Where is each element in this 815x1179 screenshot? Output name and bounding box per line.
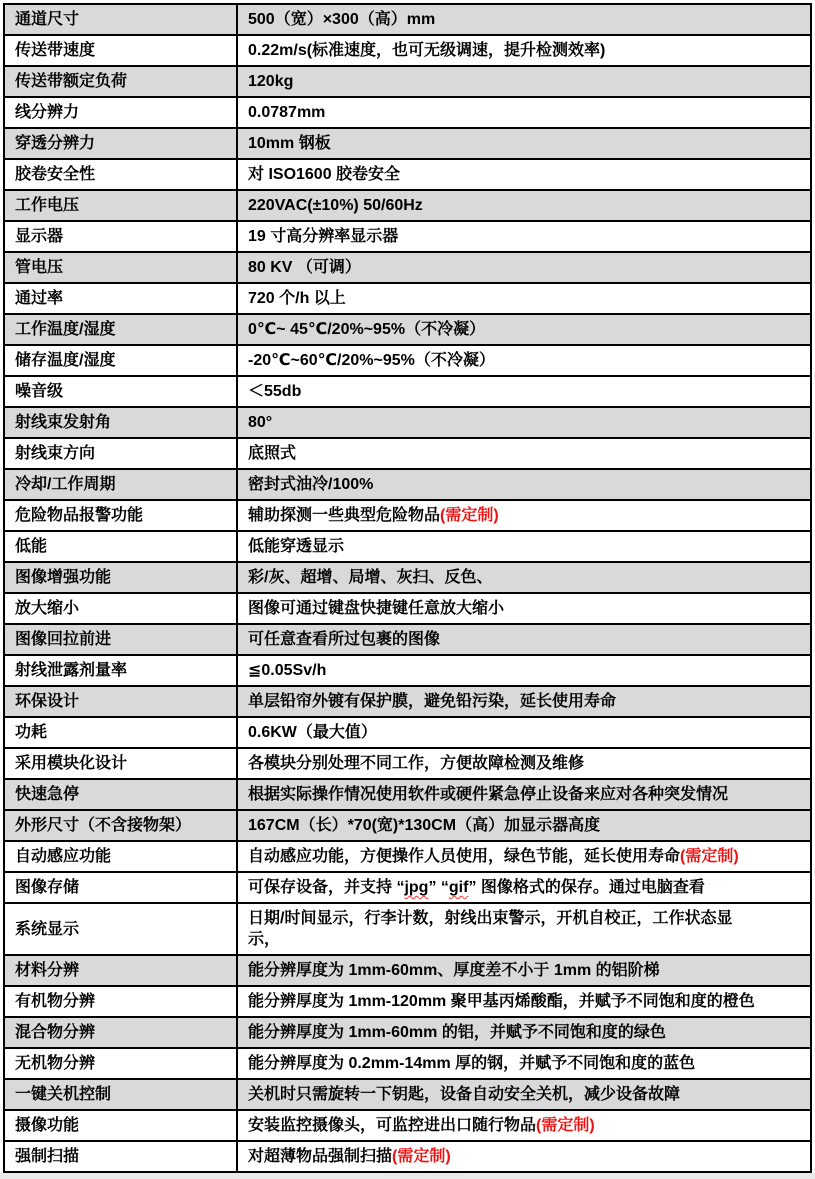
spec-row: 储存温度/湿度-20℃~60℃/20%~95%（不冷凝） <box>4 345 811 376</box>
spec-value: 图像可通过键盘快捷键任意放大缩小 <box>237 593 811 624</box>
spec-label: 图像增强功能 <box>4 562 237 593</box>
spec-value: 安装监控摄像头，可监控进出口随行物品(需定制) <box>237 1110 811 1141</box>
custom-required-note: (需定制) <box>680 848 739 865</box>
spec-label: 快速急停 <box>4 779 237 810</box>
custom-required-note: (需定制) <box>536 1117 595 1134</box>
spec-value-text: ≦0.05Sv/h <box>248 662 326 679</box>
spec-row: 强制扫描对超薄物品强制扫描(需定制) <box>4 1141 811 1172</box>
spec-label: 环保设计 <box>4 686 237 717</box>
spec-label: 管电压 <box>4 252 237 283</box>
spec-value-text: ” 图像格式的保存。通过电脑查看 <box>468 879 704 896</box>
spec-value-text: 单层铅帘外镀有保护膜，避免铅污染，延长使用寿命 <box>248 693 616 710</box>
spec-row: 通道尺寸500（宽）×300（高）mm <box>4 4 811 35</box>
spec-value-text: 日期/时间显示，行李计数，射线出束警示，开机自校正，工作状态显 示， <box>248 910 732 948</box>
spec-row: 图像回拉前进可任意查看所过包裹的图像 <box>4 624 811 655</box>
spec-value-text: 密封式油冷/100% <box>248 476 373 493</box>
spec-value-text: 167CM（长）*70(宽)*130CM（高）加显示器高度 <box>248 817 600 834</box>
spec-label: 通道尺寸 <box>4 4 237 35</box>
spec-value-text: 0.22m/s(标准速度，也可无级调速，提升检测效率) <box>248 42 605 59</box>
spec-label: 强制扫描 <box>4 1141 237 1172</box>
spec-label: 传送带速度 <box>4 35 237 66</box>
spec-label: 混合物分辨 <box>4 1017 237 1048</box>
spec-label: 显示器 <box>4 221 237 252</box>
spec-label: 线分辨力 <box>4 97 237 128</box>
spec-row: 系统显示日期/时间显示，行李计数，射线出束警示，开机自校正，工作状态显 示， <box>4 903 811 955</box>
spec-row: 环保设计单层铅帘外镀有保护膜，避免铅污染，延长使用寿命 <box>4 686 811 717</box>
misspelled-word: gif <box>449 879 469 896</box>
spec-row: 采用模块化设计各模块分别处理不同工作，方便故障检测及维修 <box>4 748 811 779</box>
spec-value-text: 能分辨厚度为 1mm-60mm 的铝，并赋予不同饱和度的绿色 <box>248 1024 666 1041</box>
spec-value-text: 辅助探测一些典型危险物品 <box>248 507 440 524</box>
spec-row: 低能低能穿透显示 <box>4 531 811 562</box>
spec-label: 工作电压 <box>4 190 237 221</box>
spec-value-text: 图像可通过键盘快捷键任意放大缩小 <box>248 600 504 617</box>
spec-label: 图像存储 <box>4 872 237 903</box>
spec-label: 一键关机控制 <box>4 1079 237 1110</box>
custom-required-note: (需定制) <box>440 507 499 524</box>
spec-value: 能分辨厚度为 1mm-60mm、厚度差不小于 1mm 的铝阶梯 <box>237 955 811 986</box>
spec-value-text: 220VAC(±10%) 50/60Hz <box>248 197 423 214</box>
spec-value-text: 能分辨厚度为 1mm-60mm、厚度差不小于 1mm 的铝阶梯 <box>248 962 660 979</box>
spec-value: 各模块分别处理不同工作，方便故障检测及维修 <box>237 748 811 779</box>
spec-row: 穿透分辨力10mm 钢板 <box>4 128 811 159</box>
spec-row: 工作电压220VAC(±10%) 50/60Hz <box>4 190 811 221</box>
spec-row: 摄像功能安装监控摄像头，可监控进出口随行物品(需定制) <box>4 1110 811 1141</box>
custom-required-note: (需定制) <box>392 1148 451 1165</box>
spec-value: 能分辨厚度为 1mm-120mm 聚甲基丙烯酸酯，并赋予不同饱和度的橙色 <box>237 986 811 1017</box>
spec-value: ≦0.05Sv/h <box>237 655 811 686</box>
spec-value-text: 关机时只需旋转一下钥匙，设备自动安全关机，减少设备故障 <box>248 1086 680 1103</box>
spec-row: 危险物品报警功能辅助探测一些典型危险物品(需定制) <box>4 500 811 531</box>
spec-value-text: 能分辨厚度为 0.2mm-14mm 厚的钢，并赋予不同饱和度的蓝色 <box>248 1055 695 1072</box>
spec-row: 一键关机控制关机时只需旋转一下钥匙，设备自动安全关机，减少设备故障 <box>4 1079 811 1110</box>
spec-value-text: 80° <box>248 414 272 431</box>
spec-value: 120kg <box>237 66 811 97</box>
spec-value: 80° <box>237 407 811 438</box>
spec-row: 传送带速度0.22m/s(标准速度，也可无级调速，提升检测效率) <box>4 35 811 66</box>
spec-value-text: ” “ <box>428 879 448 896</box>
spec-value-text: 自动感应功能，方便操作人员使用，绿色节能，延长使用寿命 <box>248 848 680 865</box>
spec-value: 日期/时间显示，行李计数，射线出束警示，开机自校正，工作状态显 示， <box>237 903 811 955</box>
spec-row: 工作温度/湿度0℃~ 45℃/20%~95%（不冷凝） <box>4 314 811 345</box>
spec-value-text: 120kg <box>248 73 293 90</box>
spec-label: 系统显示 <box>4 903 237 955</box>
spec-value: 能分辨厚度为 1mm-60mm 的铝，并赋予不同饱和度的绿色 <box>237 1017 811 1048</box>
spec-label: 图像回拉前进 <box>4 624 237 655</box>
misspelled-word: jpg <box>404 879 428 896</box>
spec-value-text: 彩/灰、超增、局增、灰扫、反色、 <box>248 569 492 586</box>
spec-value: 关机时只需旋转一下钥匙，设备自动安全关机，减少设备故障 <box>237 1079 811 1110</box>
spec-table-body: 通道尺寸500（宽）×300（高）mm传送带速度0.22m/s(标准速度，也可无… <box>4 4 811 1172</box>
spec-row: 传送带额定负荷120kg <box>4 66 811 97</box>
spec-value: 19 寸高分辨率显示器 <box>237 221 811 252</box>
spec-label: 有机物分辨 <box>4 986 237 1017</box>
spec-value-text: 低能穿透显示 <box>248 538 344 555</box>
spec-row: 射线泄露剂量率≦0.05Sv/h <box>4 655 811 686</box>
spec-value-text: 0℃~ 45℃/20%~95%（不冷凝） <box>248 321 485 338</box>
page-bottom-edge <box>0 1173 815 1179</box>
spec-row: 放大缩小图像可通过键盘快捷键任意放大缩小 <box>4 593 811 624</box>
spec-value: 对 ISO1600 胶卷安全 <box>237 159 811 190</box>
spec-label: 功耗 <box>4 717 237 748</box>
spec-value: 辅助探测一些典型危险物品(需定制) <box>237 500 811 531</box>
spec-row: 材料分辨能分辨厚度为 1mm-60mm、厚度差不小于 1mm 的铝阶梯 <box>4 955 811 986</box>
spec-label: 外形尺寸（不含接物架） <box>4 810 237 841</box>
spec-value-text: -20℃~60℃/20%~95%（不冷凝） <box>248 352 495 369</box>
spec-value-text: 可任意查看所过包裹的图像 <box>248 631 440 648</box>
spec-value-text: 对超薄物品强制扫描 <box>248 1148 392 1165</box>
spec-row: 管电压80 KV （可调） <box>4 252 811 283</box>
spec-value-text: 19 寸高分辨率显示器 <box>248 228 398 245</box>
spec-row: 自动感应功能自动感应功能，方便操作人员使用，绿色节能，延长使用寿命(需定制) <box>4 841 811 872</box>
spec-value: 0.0787mm <box>237 97 811 128</box>
spec-row: 外形尺寸（不含接物架）167CM（长）*70(宽)*130CM（高）加显示器高度 <box>4 810 811 841</box>
spec-value-text: ＜55db <box>248 383 301 400</box>
spec-value-text: 根据实际操作情况使用软件或硬件紧急停止设备来应对各种突发情况 <box>248 786 728 803</box>
spec-label: 危险物品报警功能 <box>4 500 237 531</box>
spec-value: 720 个/h 以上 <box>237 283 811 314</box>
spec-label: 自动感应功能 <box>4 841 237 872</box>
spec-label: 穿透分辨力 <box>4 128 237 159</box>
spec-value-text: 能分辨厚度为 1mm-120mm 聚甲基丙烯酸酯，并赋予不同饱和度的橙色 <box>248 993 755 1010</box>
spec-label: 冷却/工作周期 <box>4 469 237 500</box>
spec-row: 无机物分辨能分辨厚度为 0.2mm-14mm 厚的钢，并赋予不同饱和度的蓝色 <box>4 1048 811 1079</box>
spec-label: 传送带额定负荷 <box>4 66 237 97</box>
spec-label: 储存温度/湿度 <box>4 345 237 376</box>
spec-row: 射线束发射角80° <box>4 407 811 438</box>
spec-row: 快速急停根据实际操作情况使用软件或硬件紧急停止设备来应对各种突发情况 <box>4 779 811 810</box>
spec-value: 220VAC(±10%) 50/60Hz <box>237 190 811 221</box>
spec-label: 噪音级 <box>4 376 237 407</box>
spec-row: 混合物分辨能分辨厚度为 1mm-60mm 的铝，并赋予不同饱和度的绿色 <box>4 1017 811 1048</box>
spec-value-text: 可保存设备，并支持 “ <box>248 879 404 896</box>
spec-value: 500（宽）×300（高）mm <box>237 4 811 35</box>
spec-value: 单层铅帘外镀有保护膜，避免铅污染，延长使用寿命 <box>237 686 811 717</box>
spec-value: 密封式油冷/100% <box>237 469 811 500</box>
spec-value: -20℃~60℃/20%~95%（不冷凝） <box>237 345 811 376</box>
spec-label: 低能 <box>4 531 237 562</box>
spec-label: 通过率 <box>4 283 237 314</box>
spec-value: 0℃~ 45℃/20%~95%（不冷凝） <box>237 314 811 345</box>
spec-value-text: 底照式 <box>248 445 296 462</box>
spec-label: 射线泄露剂量率 <box>4 655 237 686</box>
spec-value-text: 各模块分别处理不同工作，方便故障检测及维修 <box>248 755 584 772</box>
spec-value-text: 500（宽）×300（高）mm <box>248 11 435 28</box>
spec-label: 无机物分辨 <box>4 1048 237 1079</box>
spec-value: 低能穿透显示 <box>237 531 811 562</box>
spec-value-text: 10mm 钢板 <box>248 135 331 152</box>
spec-label: 射线束发射角 <box>4 407 237 438</box>
spec-value: 自动感应功能，方便操作人员使用，绿色节能，延长使用寿命(需定制) <box>237 841 811 872</box>
spec-value-text: 对 ISO1600 胶卷安全 <box>248 166 400 183</box>
spec-row: 胶卷安全性对 ISO1600 胶卷安全 <box>4 159 811 190</box>
spec-row: 显示器19 寸高分辨率显示器 <box>4 221 811 252</box>
spec-value-text: 720 个/h 以上 <box>248 290 346 307</box>
spec-value-text: 0.6KW（最大值） <box>248 724 377 741</box>
spec-value: 167CM（长）*70(宽)*130CM（高）加显示器高度 <box>237 810 811 841</box>
spec-value: 可任意查看所过包裹的图像 <box>237 624 811 655</box>
spec-row: 射线束方向底照式 <box>4 438 811 469</box>
spec-value: 根据实际操作情况使用软件或硬件紧急停止设备来应对各种突发情况 <box>237 779 811 810</box>
spec-row: 冷却/工作周期密封式油冷/100% <box>4 469 811 500</box>
spec-value: 0.22m/s(标准速度，也可无级调速，提升检测效率) <box>237 35 811 66</box>
spec-label: 胶卷安全性 <box>4 159 237 190</box>
spec-label: 工作温度/湿度 <box>4 314 237 345</box>
spec-value: 对超薄物品强制扫描(需定制) <box>237 1141 811 1172</box>
spec-value-text: 安装监控摄像头，可监控进出口随行物品 <box>248 1117 536 1134</box>
spec-label: 材料分辨 <box>4 955 237 986</box>
spec-value-text: 0.0787mm <box>248 104 325 121</box>
spec-value: 底照式 <box>237 438 811 469</box>
spec-value: 可保存设备，并支持 “jpg” “gif” 图像格式的保存。通过电脑查看 <box>237 872 811 903</box>
spec-row: 通过率720 个/h 以上 <box>4 283 811 314</box>
spec-row: 线分辨力0.0787mm <box>4 97 811 128</box>
spec-row: 功耗0.6KW（最大值） <box>4 717 811 748</box>
document-page: 通道尺寸500（宽）×300（高）mm传送带速度0.22m/s(标准速度，也可无… <box>0 0 815 1168</box>
spec-value: 0.6KW（最大值） <box>237 717 811 748</box>
spec-row: 噪音级＜55db <box>4 376 811 407</box>
spec-value-text: 80 KV （可调） <box>248 259 361 276</box>
spec-value: 10mm 钢板 <box>237 128 811 159</box>
spec-label: 放大缩小 <box>4 593 237 624</box>
spec-value: 彩/灰、超增、局增、灰扫、反色、 <box>237 562 811 593</box>
spec-row: 图像增强功能彩/灰、超增、局增、灰扫、反色、 <box>4 562 811 593</box>
spec-value: 能分辨厚度为 0.2mm-14mm 厚的钢，并赋予不同饱和度的蓝色 <box>237 1048 811 1079</box>
spec-table: 通道尺寸500（宽）×300（高）mm传送带速度0.22m/s(标准速度，也可无… <box>3 3 812 1173</box>
spec-label: 摄像功能 <box>4 1110 237 1141</box>
spec-value: 80 KV （可调） <box>237 252 811 283</box>
spec-row: 图像存储可保存设备，并支持 “jpg” “gif” 图像格式的保存。通过电脑查看 <box>4 872 811 903</box>
spec-value: ＜55db <box>237 376 811 407</box>
spec-label: 采用模块化设计 <box>4 748 237 779</box>
spec-row: 有机物分辨能分辨厚度为 1mm-120mm 聚甲基丙烯酸酯，并赋予不同饱和度的橙… <box>4 986 811 1017</box>
spec-label: 射线束方向 <box>4 438 237 469</box>
